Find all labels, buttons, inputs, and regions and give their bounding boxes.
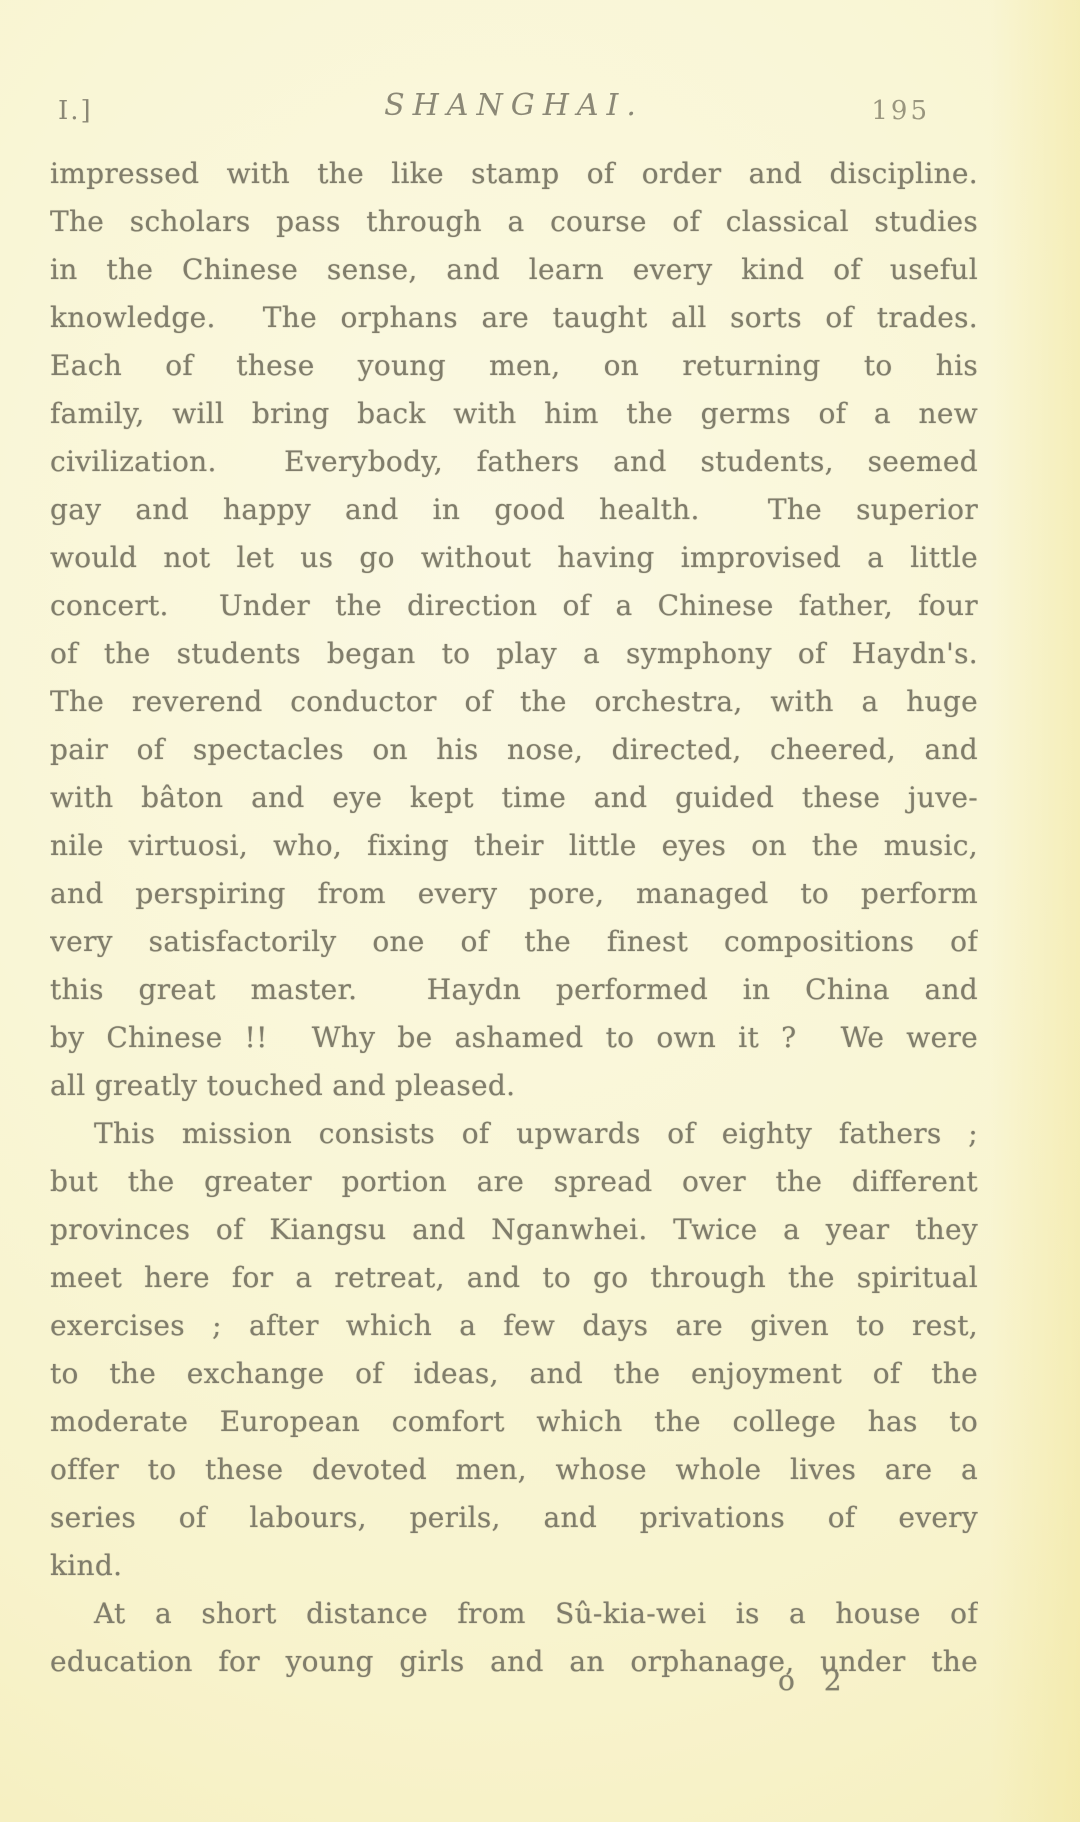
text-line: moderate European comfort which the coll…	[50, 1398, 978, 1446]
text-line: pair of spectacles on his nose, directed…	[50, 726, 978, 774]
page-number: 195	[871, 96, 930, 126]
text-line: The scholars pass through a course of cl…	[50, 198, 978, 246]
text-line: very satisfactorily one of the finest co…	[50, 918, 978, 966]
text-line: The reverend conductor of the orchestra,…	[50, 678, 978, 726]
text-line: offer to these devoted men, whose whole …	[50, 1446, 978, 1494]
text-line: gay and happy and in good health. The su…	[50, 486, 978, 534]
text-line: nile virtuosi, who, fixing their little …	[50, 822, 978, 870]
text-line: but the greater portion are spread over …	[50, 1158, 978, 1206]
text-line: provinces of Kiangsu and Nganwhei. Twice…	[50, 1206, 978, 1254]
text-line: this great master. Haydn performed in Ch…	[50, 966, 978, 1014]
running-title: SHANGHAI.	[50, 88, 978, 123]
paragraph: impressed with the like stamp of order a…	[50, 150, 978, 1110]
text-line: in the Chinese sense, and learn every ki…	[50, 246, 978, 294]
text-line: This mission consists of upwards of eigh…	[50, 1110, 978, 1158]
paragraph: This mission consists of upwards of eigh…	[50, 1110, 978, 1590]
signature-mark: o 2	[778, 1664, 842, 1697]
body-text: impressed with the like stamp of order a…	[50, 150, 978, 1686]
text-line: family, will bring back with him the ger…	[50, 390, 978, 438]
text-line: impressed with the like stamp of order a…	[50, 150, 978, 198]
text-line: Each of these young men, on returning to…	[50, 342, 978, 390]
text-line: knowledge. The orphans are taught all so…	[50, 294, 978, 342]
text-line: kind.	[50, 1542, 978, 1590]
text-line: by Chinese !! Why be ashamed to own it ?…	[50, 1014, 978, 1062]
text-line: At a short distance from Sû-kia-wei is a…	[50, 1590, 978, 1638]
text-line: with bâton and eye kept time and guided …	[50, 774, 978, 822]
page-header: I.] SHANGHAI. 195	[50, 88, 978, 132]
text-line: would not let us go without having impro…	[50, 534, 978, 582]
text-line: of the students began to play a symphony…	[50, 630, 978, 678]
text-line: and perspiring from every pore, managed …	[50, 870, 978, 918]
text-line: meet here for a retreat, and to go throu…	[50, 1254, 978, 1302]
book-page: I.] SHANGHAI. 195 impressed with the lik…	[0, 0, 1080, 1822]
text-line: concert. Under the direction of a Chines…	[50, 582, 978, 630]
text-line: civilization. Everybody, fathers and stu…	[50, 438, 978, 486]
text-line: to the exchange of ideas, and the enjoym…	[50, 1350, 978, 1398]
text-line: all greatly touched and pleased.	[50, 1062, 978, 1110]
text-line: exercises ; after which a few days are g…	[50, 1302, 978, 1350]
text-line: series of labours, perils, and privation…	[50, 1494, 978, 1542]
